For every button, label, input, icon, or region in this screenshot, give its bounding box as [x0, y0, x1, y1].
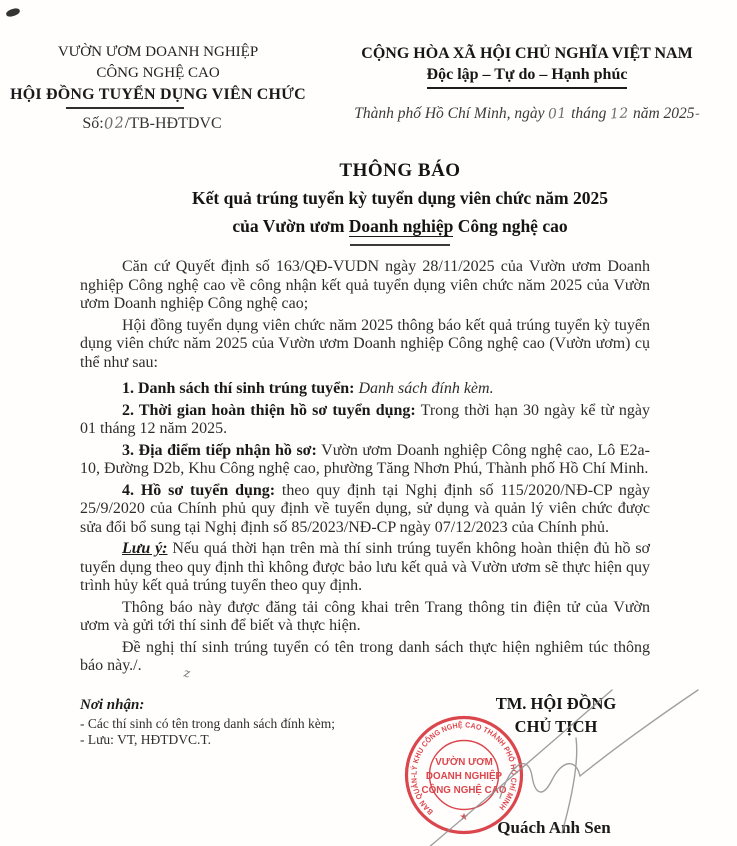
stamp-center-line-1: VƯỜN ƯƠM [435, 756, 492, 768]
stamp-center-line-3: CÔNG NGHỆ CAO [422, 784, 507, 796]
stamp-star-icon: ★ [460, 812, 469, 823]
doc-number-handwritten: 02 [103, 112, 126, 135]
paragraph-announcement: Hội đồng tuyển dụng viên chức năm 2025 t… [80, 317, 650, 373]
note-label: Lưu ý: [122, 540, 168, 557]
date-tail-mark: - [694, 106, 700, 122]
date-mid: tháng [567, 105, 610, 122]
org-line-1: VƯỜN ƯƠM DOANH NGHIỆP [10, 42, 306, 63]
title-line-1: THÔNG BÁO [40, 158, 737, 184]
title-line-2: Kết quả trúng tuyển kỳ tuyển dụng viên c… [40, 184, 737, 212]
title-line-3-suffix: Công nghệ cao [453, 216, 567, 236]
recipients-block: Nơi nhận: - Các thí sinh có tên trong da… [80, 697, 335, 748]
org-underline [66, 107, 184, 109]
paragraph-closing: Đề nghị thí sinh trúng tuyển có tên tron… [80, 639, 650, 680]
official-red-stamp: BAN QUẢN-LÝ KHU CÔNG NGHỆ CAO THÀNH PHỐ … [401, 712, 527, 838]
org-line-3: HỘI ĐỒNG TUYỂN DỤNG VIÊN CHỨC [10, 84, 306, 105]
date-prefix: Thành phố Hồ Chí Minh, ngày [354, 105, 548, 122]
item-1-label: 1. Danh sách thí sinh trúng tuyển: [122, 380, 355, 397]
item-4: 4. Hồ sơ tuyển dụng: theo quy định tại N… [80, 482, 650, 538]
item-4-label: 4. Hồ sơ tuyển dụng: [122, 482, 275, 499]
nation-line: CỘNG HÒA XÃ HỘI CHỦ NGHĨA VIỆT NAM [352, 44, 702, 64]
motto-line: Độc lập – Tự do – Hạnh phúc [427, 64, 628, 89]
document-title-block: THÔNG BÁO Kết quả trúng tuyển kỳ tuyển d… [40, 158, 737, 246]
doc-number-rest: /TB-HĐTDVC [125, 115, 222, 132]
paragraph-publication: Thông báo này được đăng tải công khai tr… [80, 599, 650, 636]
recipient-line-1: - Các thí sinh có tên trong danh sách đí… [80, 716, 335, 732]
recipient-line-2: - Lưu: VT, HĐTDVC.T. [80, 732, 335, 748]
recipients-label: Nơi nhận: [80, 697, 335, 713]
date-day-handwritten: 01 [548, 106, 568, 123]
item-2: 2. Thời gian hoàn thiện hồ sơ tuyển dụng… [80, 402, 650, 439]
paragraph-legal-basis: Căn cứ Quyết định số 163/QĐ-VUDN ngày 28… [80, 258, 650, 314]
document-page: VƯỜN ƯƠM DOANH NGHIỆP CÔNG NGHỆ CAO HỘI … [0, 0, 737, 846]
item-1: 1. Danh sách thí sinh trúng tuyển: Danh … [80, 380, 650, 399]
item-1-text: Danh sách đính kèm. [359, 380, 494, 397]
stamp-center-line-2: DOANH NGHIỆP [426, 770, 503, 782]
note-paragraph: Lưu ý: Nếu quá thời hạn trên mà thí sinh… [80, 540, 650, 596]
issuing-org-block: VƯỜN ƯƠM DOANH NGHIỆP CÔNG NGHỆ CAO HỘI … [10, 42, 306, 134]
title-line-3-prefix: của Vườn ươm [232, 216, 348, 236]
document-number: Số:02/TB-HĐTDVC [4, 113, 300, 134]
date-suffix: năm 2025 [629, 105, 694, 122]
document-body: Căn cứ Quyết định số 163/QĐ-VUDN ngày 28… [80, 258, 650, 683]
date-line: Thành phố Hồ Chí Minh, ngày 01 tháng 12 … [352, 105, 702, 123]
title-line-3-underlined: Doanh nghiệp [349, 216, 454, 237]
item-3: 3. Địa điểm tiếp nhận hồ sơ: Vườn ươm Do… [80, 442, 650, 479]
item-3-label: 3. Địa điểm tiếp nhận hồ sơ: [122, 442, 317, 459]
item-2-label: 2. Thời gian hoàn thiện hồ sơ tuyển dụng… [122, 402, 416, 419]
closing-hand-mark: z [141, 658, 191, 683]
title-divider [350, 244, 450, 246]
org-line-2: CÔNG NGHỆ CAO [10, 63, 306, 84]
national-header-block: CỘNG HÒA XÃ HỘI CHỦ NGHĨA VIỆT NAM Độc l… [352, 44, 702, 123]
doc-number-label: Số: [82, 115, 103, 132]
title-line-3: của Vườn ươm Doanh nghiệp Công nghệ cao [40, 212, 737, 240]
scan-corner-mark [5, 7, 20, 18]
date-month-handwritten: 12 [610, 106, 630, 123]
